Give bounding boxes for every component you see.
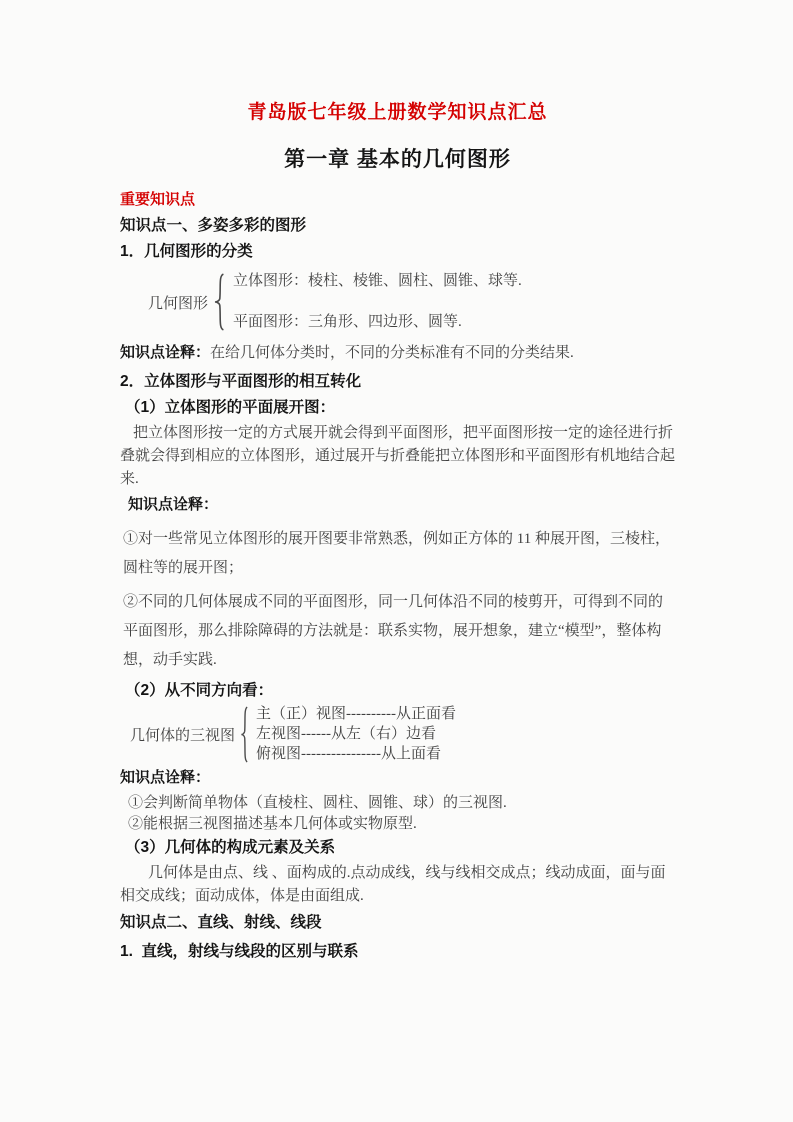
left-brace-icon — [240, 706, 249, 763]
classification-brace-diagram: 几何图形 立体图形：棱柱、棱锥、圆柱、圆锥、球等. 平面图形：三角形、四边形、圆… — [148, 272, 675, 332]
brace-label: 几何体的三视图 — [130, 724, 235, 745]
elements-heading: （3）几何体的构成元素及关系 — [120, 837, 675, 859]
classification-branches: 立体图形：棱柱、棱锥、圆柱、圆锥、球等. 平面图形：三角形、四边形、圆等. — [233, 272, 522, 332]
kp2-heading: 知识点二、直线、射线、线段 — [120, 912, 675, 934]
views-note-label: 知识点诠释： — [120, 767, 675, 789]
note-text: 在给几何体分类时，不同的分类标准有不同的分类结果. — [210, 345, 574, 361]
brace-label: 几何图形 — [148, 292, 208, 313]
important-points-tag: 重要知识点 — [120, 188, 675, 209]
three-views-brace-diagram: 几何体的三视图 主（正）视图----------从正面看 左视图------从左… — [130, 705, 675, 764]
unfold-note-item-1: ①对一些常见立体图形的展开图要非常熟悉，例如正方体的 11 种展开图，三棱柱，圆… — [120, 525, 675, 583]
classification-heading: 1．几何图形的分类 — [120, 241, 675, 263]
classification-note: 知识点诠释：在给几何体分类时，不同的分类标准有不同的分类结果. — [120, 341, 675, 365]
views-note-item-1: ①会判断简单物体（直棱柱、圆柱、圆锥、球）的三视图. — [120, 793, 675, 814]
transformation-heading: 2．立体图形与平面图形的相互转化 — [120, 371, 675, 393]
document-page: 青岛版七年级上册数学知识点汇总 第一章 基本的几何图形 重要知识点 知识点一、多… — [0, 0, 793, 1122]
three-views-branches: 主（正）视图----------从正面看 左视图------从左（右）边看 俯视… — [256, 705, 456, 764]
branch-front-view: 主（正）视图----------从正面看 — [256, 705, 456, 724]
unfold-heading: （1）立体图形的平面展开图： — [120, 397, 675, 419]
unfold-paragraph: 把立体图形按一定的方式展开就会得到平面图形，把平面图形按一定的途径进行折叠就会得… — [120, 422, 675, 491]
elements-paragraph: 几何体是由点、线 、面构成的.点动成线，线与线相交成点；线动成面，面与面相交成线… — [120, 862, 675, 908]
note-label: 知识点诠释： — [120, 344, 210, 361]
unfold-note-label: 知识点诠释： — [120, 494, 675, 516]
doc-title: 青岛版七年级上册数学知识点汇总 — [120, 97, 675, 124]
unfold-note-item-2: ②不同的几何体展成不同的平面图形，同一几何体沿不同的棱剪开，可得到不同的平面图形… — [120, 588, 675, 675]
branch-solid-figures: 立体图形：棱柱、棱锥、圆柱、圆锥、球等. — [233, 272, 522, 291]
kp1-heading: 知识点一、多姿多彩的图形 — [120, 215, 675, 237]
branch-side-view: 左视图------从左（右）边看 — [256, 725, 456, 744]
left-brace-icon — [213, 273, 226, 331]
branch-top-view: 俯视图----------------从上面看 — [256, 745, 456, 764]
views-heading: （2）从不同方向看： — [120, 680, 675, 702]
branch-plane-figures: 平面图形：三角形、四边形、圆等. — [233, 313, 522, 332]
views-note-item-2: ②能根据三视图描述基本几何体或实物原型. — [120, 814, 675, 835]
line-ray-segment-heading: 1. 直线，射线与线段的区别与联系 — [120, 941, 675, 963]
chapter-title: 第一章 基本的几何图形 — [120, 143, 675, 173]
